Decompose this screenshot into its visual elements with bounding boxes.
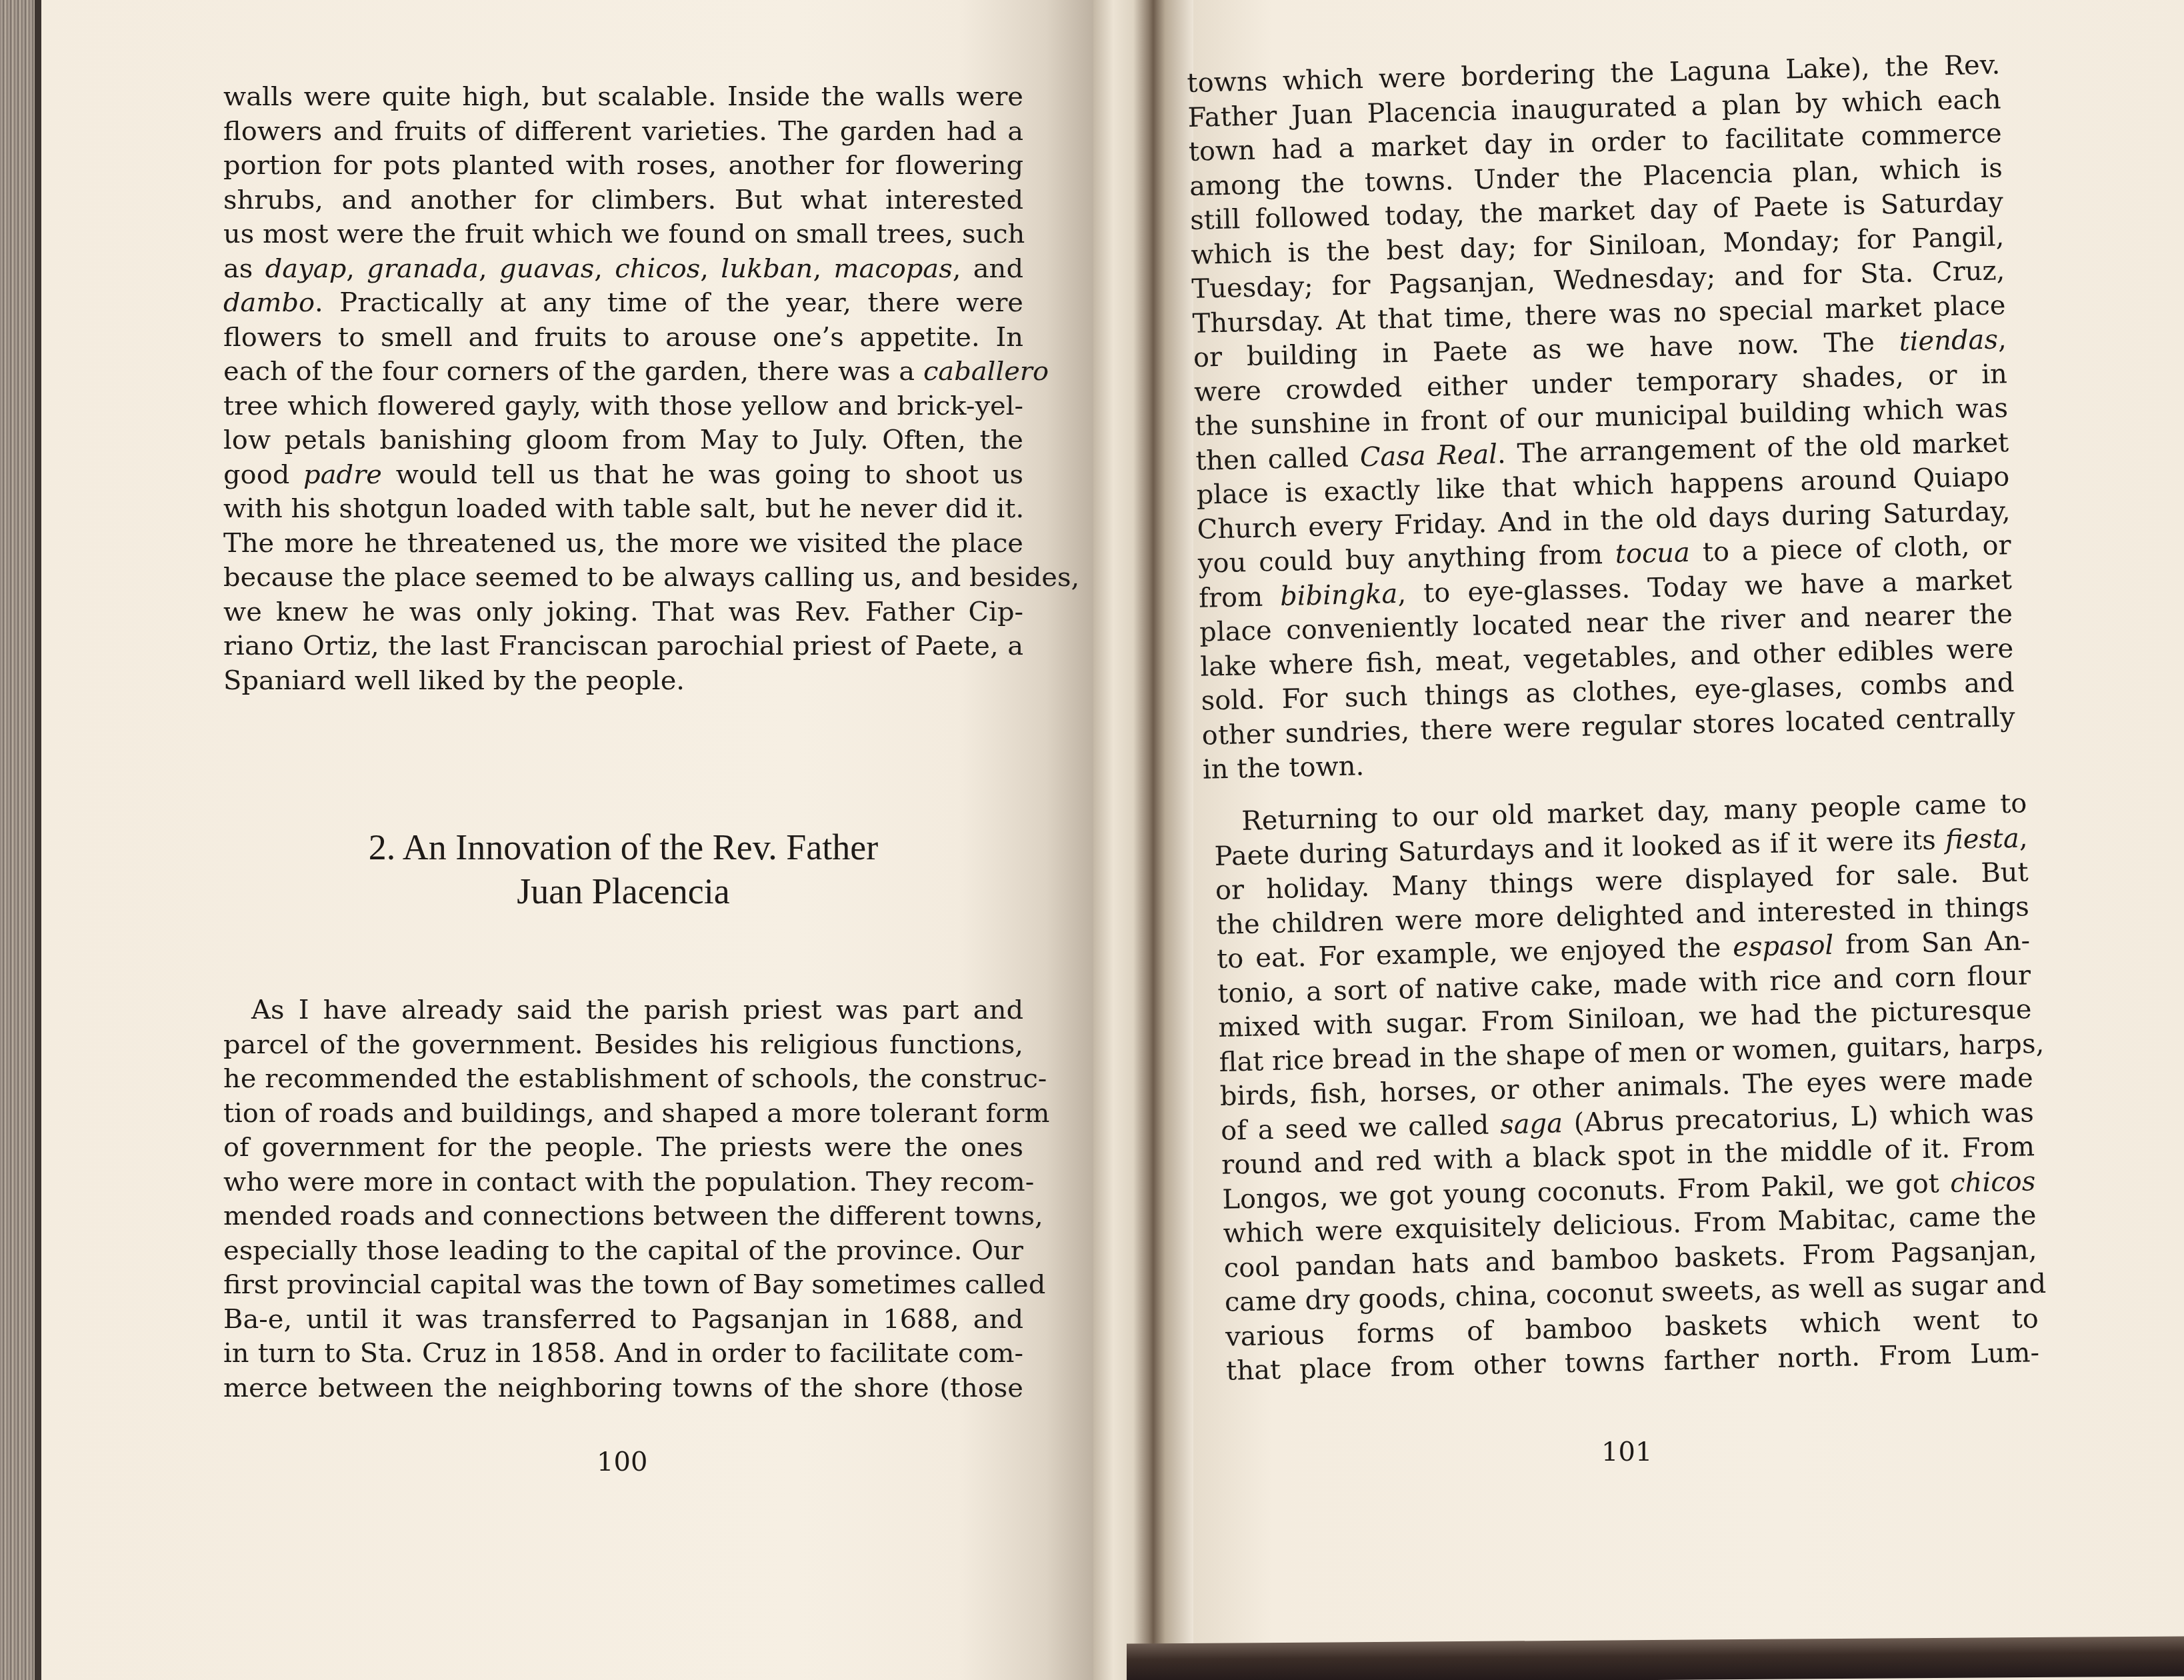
text-line: we knew he was only joking. That was Rev… [223,595,1023,630]
text-line: who were more in contact with the popula… [223,1165,1023,1200]
left-continuation-paragraph: walls were quite high, but scalable. Ins… [223,80,1023,698]
page-number-right: 101 [1601,1437,1652,1467]
text-line: tree which flowered gayly, with those ye… [223,389,1023,424]
section-heading-line2: Juan Placencia [223,869,1023,913]
book-cover-edge [35,0,41,1680]
right-paragraph-2: Returning to our old market day, many pe… [1213,787,2040,1389]
text-line: first provincial capital was the town of… [223,1268,1023,1303]
text-line: Ba-e, until it was transferred to Pagsan… [223,1303,1023,1337]
text-line: The more he threatened us, the more we v… [223,527,1023,561]
book-cover-bottom [1127,1636,2184,1680]
text-line: tion of roads and buildings, and shaped … [223,1097,1023,1131]
text-line: parcel of the government. Besides his re… [223,1028,1023,1063]
page-number-left: 100 [597,1447,647,1477]
text-line: as dayap, granada, guavas, chicos, lukba… [223,252,1023,287]
left-section-paragraph: As I have already said the parish priest… [223,993,1023,1405]
book-gutter [1093,0,1193,1680]
text-line: shrubs, and another for climbers. But wh… [223,183,1023,218]
text-line: merce between the neighboring towns of t… [223,1371,1023,1406]
text-line: of government for the people. The priest… [223,1131,1023,1165]
text-line: flowers to smell and fruits to arouse on… [223,321,1023,355]
section-heading-line1: 2. An Innovation of the Rev. Father [223,825,1023,869]
book-spread: walls were quite high, but scalable. Ins… [0,0,2184,1680]
text-line: good padre would tell us that he was goi… [223,458,1023,493]
text-line: because the place seemed to be always ca… [223,561,1023,595]
text-line: mended roads and connections between the… [223,1199,1023,1234]
text-line: Spaniard well liked by the people. [223,664,1023,699]
text-line: walls were quite high, but scalable. Ins… [223,80,1023,115]
right-paragraph-1: towns which were bordering the Laguna La… [1187,48,2016,787]
text-line: flowers and fruits of different varietie… [223,115,1023,149]
text-line: he recommended the establishment of scho… [223,1062,1023,1097]
text-line: each of the four corners of the garden, … [223,355,1023,389]
text-line: especially those leading to the capital … [223,1234,1023,1269]
text-line: low petals banishing gloom from May to J… [223,423,1023,458]
text-line: dambo. Practically at any time of the ye… [223,286,1023,321]
page-edges [0,0,35,1680]
text-line: As I have already said the parish priest… [223,993,1023,1028]
section-heading: 2. An Innovation of the Rev. Father Juan… [223,825,1023,913]
text-line: portion for pots planted with roses, ano… [223,149,1023,183]
text-line: in turn to Sta. Cruz in 1858. And in ord… [223,1337,1023,1371]
text-line: riano Ortiz, the last Franciscan parochi… [223,629,1023,664]
text-line: with his shotgun loaded with table salt,… [223,492,1023,527]
text-line: us most were the fruit which we found on… [223,217,1023,252]
